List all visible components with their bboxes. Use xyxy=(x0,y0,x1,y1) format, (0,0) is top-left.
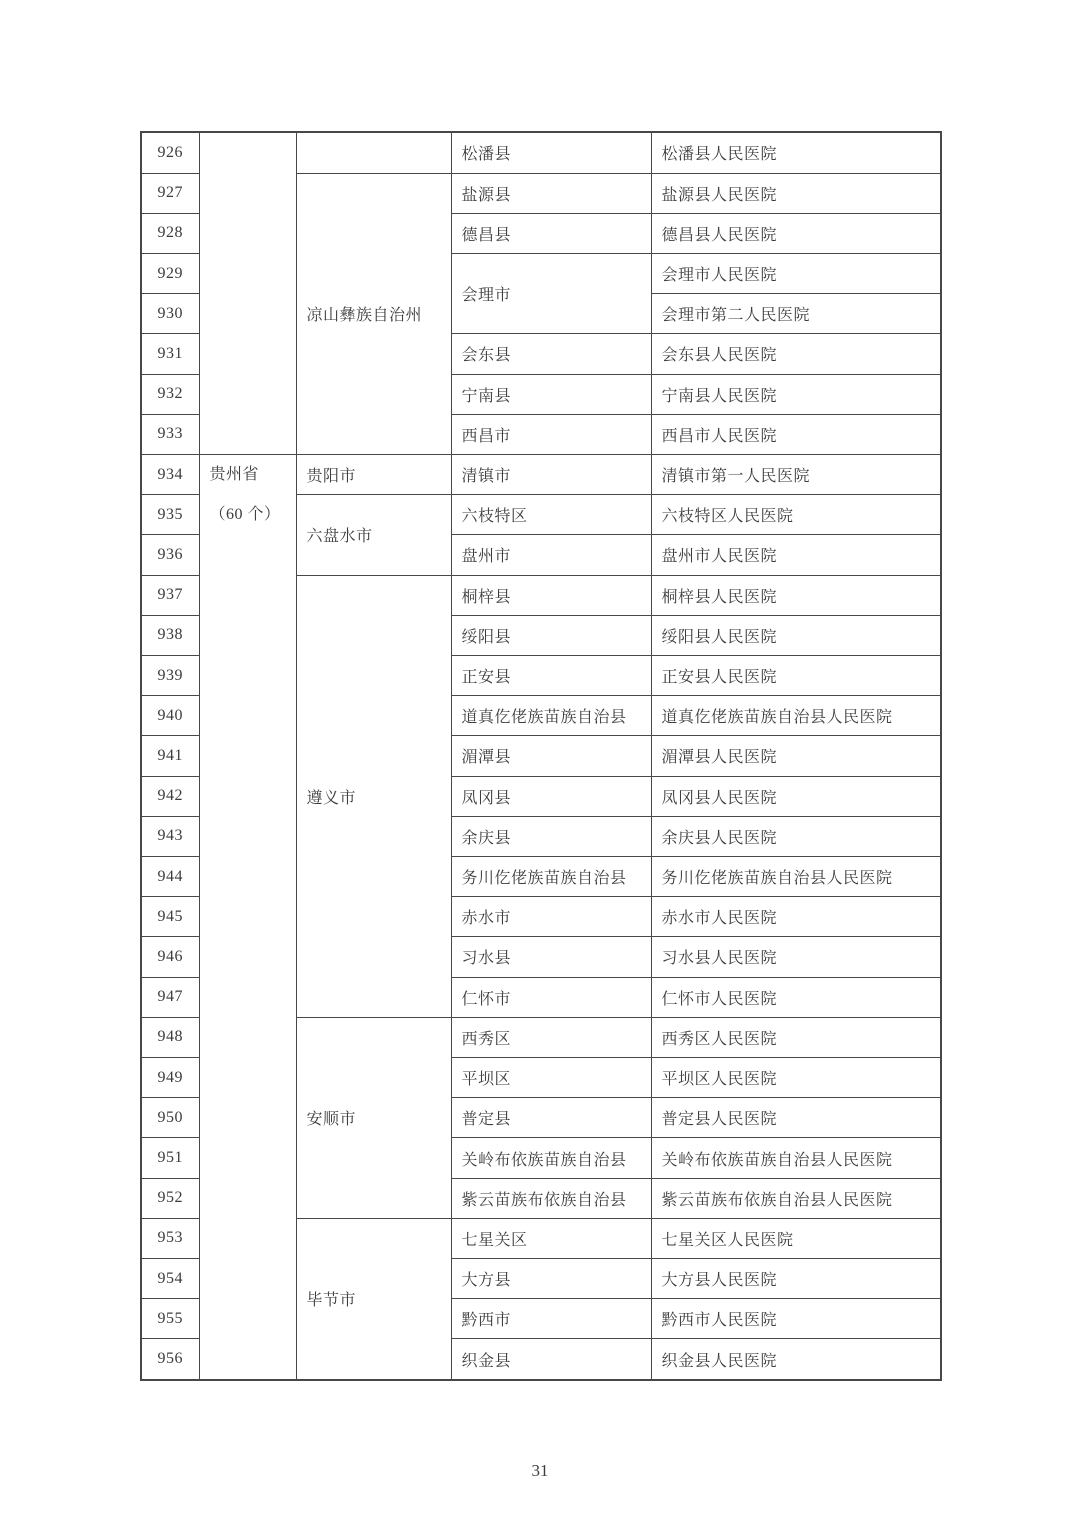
hospital-table-body: 926松潘县松潘县人民医院927凉山彝族自治州盐源县盐源县人民医院928德昌县德… xyxy=(141,132,941,1380)
county-cell: 绥阳县 xyxy=(451,615,651,655)
row-number-cell: 926 xyxy=(141,132,199,173)
row-number-cell: 939 xyxy=(141,655,199,695)
row-number-cell: 943 xyxy=(141,816,199,856)
county-cell: 桐梓县 xyxy=(451,575,651,615)
county-cell: 普定县 xyxy=(451,1098,651,1138)
hospital-cell: 盐源县人民医院 xyxy=(651,173,941,213)
county-cell: 盘州市 xyxy=(451,535,651,575)
city-cell: 遵义市 xyxy=(296,575,451,1017)
row-number-cell: 937 xyxy=(141,575,199,615)
county-cell: 仁怀市 xyxy=(451,977,651,1017)
county-cell: 习水县 xyxy=(451,937,651,977)
county-cell: 松潘县 xyxy=(451,132,651,173)
county-cell: 余庆县 xyxy=(451,816,651,856)
hospital-cell: 西秀区人民医院 xyxy=(651,1017,941,1057)
row-number-cell: 935 xyxy=(141,495,199,535)
hospital-cell: 德昌县人民医院 xyxy=(651,213,941,253)
county-cell: 七星关区 xyxy=(451,1218,651,1258)
hospital-table: 926松潘县松潘县人民医院927凉山彝族自治州盐源县盐源县人民医院928德昌县德… xyxy=(140,131,942,1381)
document-page: 926松潘县松潘县人民医院927凉山彝族自治州盐源县盐源县人民医院928德昌县德… xyxy=(0,0,1080,1527)
county-cell: 会理市 xyxy=(451,253,651,333)
hospital-cell: 松潘县人民医院 xyxy=(651,132,941,173)
row-number-cell: 944 xyxy=(141,856,199,896)
hospital-cell: 关岭布依族苗族自治县人民医院 xyxy=(651,1138,941,1178)
county-cell: 织金县 xyxy=(451,1339,651,1380)
hospital-cell: 平坝区人民医院 xyxy=(651,1058,941,1098)
hospital-cell: 赤水市人民医院 xyxy=(651,897,941,937)
city-cell: 毕节市 xyxy=(296,1218,451,1380)
table-row: 934贵州省（60 个）贵阳市清镇市清镇市第一人民医院 xyxy=(141,454,941,494)
row-number-cell: 956 xyxy=(141,1339,199,1380)
county-cell: 务川仡佬族苗族自治县 xyxy=(451,856,651,896)
row-number-cell: 940 xyxy=(141,696,199,736)
province-cell: 贵州省（60 个） xyxy=(199,454,296,1380)
county-cell: 西昌市 xyxy=(451,414,651,454)
row-number-cell: 930 xyxy=(141,294,199,334)
province-count: （60 个） xyxy=(210,495,296,535)
hospital-cell: 黔西市人民医院 xyxy=(651,1299,941,1339)
row-number-cell: 950 xyxy=(141,1098,199,1138)
row-number-cell: 942 xyxy=(141,776,199,816)
hospital-cell: 绥阳县人民医院 xyxy=(651,615,941,655)
row-number-cell: 948 xyxy=(141,1017,199,1057)
row-number-cell: 934 xyxy=(141,454,199,494)
province-name xyxy=(210,133,296,173)
hospital-cell: 织金县人民医院 xyxy=(651,1339,941,1380)
county-cell: 正安县 xyxy=(451,655,651,695)
county-cell: 平坝区 xyxy=(451,1058,651,1098)
city-cell xyxy=(296,132,451,173)
county-cell: 会东县 xyxy=(451,334,651,374)
county-cell: 湄潭县 xyxy=(451,736,651,776)
county-cell: 宁南县 xyxy=(451,374,651,414)
city-cell: 贵阳市 xyxy=(296,454,451,494)
county-cell: 凤冈县 xyxy=(451,776,651,816)
province-name: 贵州省 xyxy=(210,455,296,495)
row-number-cell: 947 xyxy=(141,977,199,1017)
county-cell: 关岭布依族苗族自治县 xyxy=(451,1138,651,1178)
hospital-cell: 道真仡佬族苗族自治县人民医院 xyxy=(651,696,941,736)
hospital-cell: 务川仡佬族苗族自治县人民医院 xyxy=(651,856,941,896)
hospital-cell: 湄潭县人民医院 xyxy=(651,736,941,776)
hospital-cell: 大方县人民医院 xyxy=(651,1259,941,1299)
table-row: 926松潘县松潘县人民医院 xyxy=(141,132,941,173)
row-number-cell: 945 xyxy=(141,897,199,937)
city-cell: 凉山彝族自治州 xyxy=(296,173,451,454)
row-number-cell: 938 xyxy=(141,615,199,655)
county-cell: 赤水市 xyxy=(451,897,651,937)
county-cell: 清镇市 xyxy=(451,454,651,494)
city-cell: 六盘水市 xyxy=(296,495,451,575)
hospital-cell: 会理市第二人民医院 xyxy=(651,294,941,334)
county-cell: 紫云苗族布依族自治县 xyxy=(451,1178,651,1218)
row-number-cell: 949 xyxy=(141,1058,199,1098)
hospital-cell: 习水县人民医院 xyxy=(651,937,941,977)
hospital-cell: 盘州市人民医院 xyxy=(651,535,941,575)
county-cell: 黔西市 xyxy=(451,1299,651,1339)
row-number-cell: 929 xyxy=(141,253,199,293)
row-number-cell: 936 xyxy=(141,535,199,575)
county-cell: 西秀区 xyxy=(451,1017,651,1057)
hospital-cell: 桐梓县人民医院 xyxy=(651,575,941,615)
hospital-cell: 清镇市第一人民医院 xyxy=(651,454,941,494)
hospital-cell: 普定县人民医院 xyxy=(651,1098,941,1138)
row-number-cell: 954 xyxy=(141,1259,199,1299)
row-number-cell: 931 xyxy=(141,334,199,374)
county-cell: 道真仡佬族苗族自治县 xyxy=(451,696,651,736)
county-cell: 盐源县 xyxy=(451,173,651,213)
hospital-cell: 紫云苗族布依族自治县人民医院 xyxy=(651,1178,941,1218)
hospital-cell: 仁怀市人民医院 xyxy=(651,977,941,1017)
page-number: 31 xyxy=(0,1461,1080,1481)
row-number-cell: 941 xyxy=(141,736,199,776)
row-number-cell: 933 xyxy=(141,414,199,454)
county-cell: 六枝特区 xyxy=(451,495,651,535)
hospital-cell: 凤冈县人民医院 xyxy=(651,776,941,816)
hospital-cell: 余庆县人民医院 xyxy=(651,816,941,856)
hospital-cell: 西昌市人民医院 xyxy=(651,414,941,454)
hospital-cell: 会东县人民医院 xyxy=(651,334,941,374)
hospital-cell: 六枝特区人民医院 xyxy=(651,495,941,535)
city-cell: 安顺市 xyxy=(296,1017,451,1218)
hospital-cell: 会理市人民医院 xyxy=(651,253,941,293)
hospital-cell: 正安县人民医院 xyxy=(651,655,941,695)
row-number-cell: 927 xyxy=(141,173,199,213)
row-number-cell: 953 xyxy=(141,1218,199,1258)
row-number-cell: 952 xyxy=(141,1178,199,1218)
row-number-cell: 951 xyxy=(141,1138,199,1178)
row-number-cell: 928 xyxy=(141,213,199,253)
hospital-cell: 七星关区人民医院 xyxy=(651,1218,941,1258)
county-cell: 德昌县 xyxy=(451,213,651,253)
row-number-cell: 955 xyxy=(141,1299,199,1339)
province-cell xyxy=(199,132,296,454)
hospital-cell: 宁南县人民医院 xyxy=(651,374,941,414)
row-number-cell: 932 xyxy=(141,374,199,414)
county-cell: 大方县 xyxy=(451,1259,651,1299)
row-number-cell: 946 xyxy=(141,937,199,977)
